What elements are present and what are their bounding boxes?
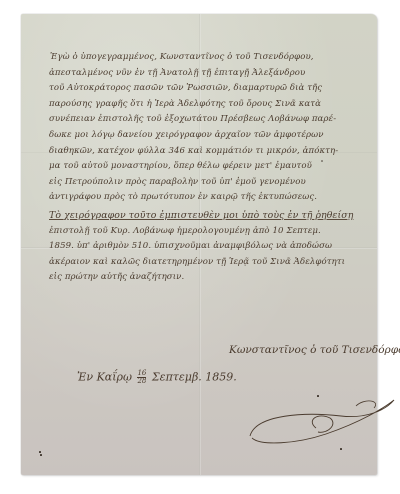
body-line: συνέπειαν ἐπιστολῆς τοῦ ἐξοχωτάτου Πρέσβ… bbox=[49, 112, 367, 128]
letter-body: Ἐγὼ ὁ ὑπογεγραμμένος, Κωνσταντῖνος ὁ τοῦ… bbox=[49, 50, 369, 286]
body-line: 1859. ὑπ' ἀριθμὸν 510. ὑπισχνοῦμαι ἀναμφ… bbox=[49, 239, 367, 255]
body-line: ἐπιστολῇ τοῦ Κυρ. Λοβάνωφ ἡμερολογουμένῃ… bbox=[49, 224, 367, 240]
signature-flourish-icon bbox=[246, 394, 396, 454]
body-line: ἀκέραιον καὶ καλῶς διατετηρημένον τῇ Ἱερ… bbox=[49, 255, 367, 271]
body-line: εἰς Πετρούπολιν πρὸς παραβολὴν τοῦ ὑπ' ἐ… bbox=[49, 175, 367, 191]
body-line: παρούσης γραφῆς ὅτι ἡ Ἱερὰ Ἀδελφότης τοῦ… bbox=[49, 97, 367, 113]
body-line: Ἐγὼ ὁ ὑπογεγραμμένος, Κωνσταντῖνος ὁ τοῦ… bbox=[49, 50, 368, 66]
date-day-fraction: 16 28 bbox=[137, 370, 146, 385]
date-day-old-style: 16 bbox=[137, 370, 146, 377]
signature: Κωνσταντῖνος ὁ τοῦ Τισενδόρφου bbox=[229, 344, 400, 356]
body-line: ἀπεσταλμένος νῦν ἐν τῇ Ἀνατολῇ τῇ ἐπιταγ… bbox=[49, 66, 367, 82]
body-line: μα τοῦ αὐτοῦ μοναστηρίου, ὅπερ θέλω φέρε… bbox=[49, 159, 367, 175]
manuscript-paper: Ἐγὼ ὁ ὑπογεγραμμένος, Κωνσταντῖνος ὁ τοῦ… bbox=[21, 14, 377, 475]
place-and-date: Ἐν Καΐρῳ 16 28 Σεπτεμβ. 1859. bbox=[77, 370, 237, 385]
date-day-new-style: 28 bbox=[137, 377, 146, 385]
body-line: τοῦ Αὐτοκράτορος πασῶν τῶν Ῥωσσιῶν, διαμ… bbox=[49, 81, 367, 97]
body-line: ἀντιγράφου πρὸς τὸ πρωτότυπον ἐν καιρῷ τ… bbox=[49, 190, 367, 206]
body-line: διαθηκῶν, κατέχον φύλλα 346 καὶ κομμάτιό… bbox=[49, 144, 367, 160]
body-line: εἰς πρώτην αὐτῆς ἀναζήτησιν. bbox=[49, 270, 367, 286]
body-line: Τὸ χειρόγραφον τοῦτο ἐμπιστευθὲν μοι ὑπὸ… bbox=[49, 208, 367, 224]
body-line: δωκε μοι λόγῳ δανείου χειρόγραφον ἀρχαῖο… bbox=[49, 128, 367, 144]
place: Ἐν Καΐρῳ bbox=[77, 371, 132, 384]
date-month-year: Σεπτεμβ. 1859. bbox=[152, 371, 237, 384]
